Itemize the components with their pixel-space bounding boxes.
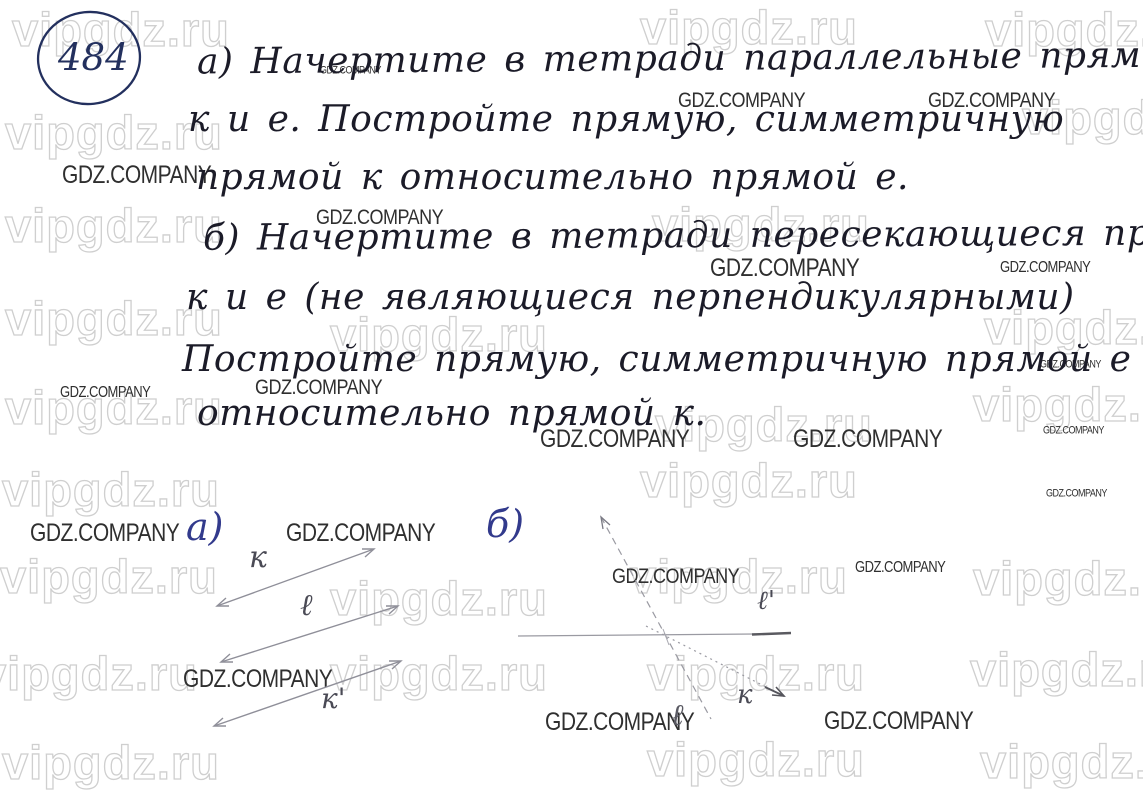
arrowhead-icon xyxy=(601,517,610,529)
figure-b-label-e-prime: ℓ' xyxy=(757,586,775,616)
figure-a-lines xyxy=(214,549,401,726)
figure-b-line-e-prime-dark-end xyxy=(752,633,791,635)
figure-a-label: а) xyxy=(186,505,223,549)
figure-a-label-k-prime: к' xyxy=(321,682,345,715)
task-line-4: б) Начертите в тетради пересекающиеся пр… xyxy=(203,212,1143,259)
task-line-1: а) Начертите в тетради параллельные прям… xyxy=(197,35,1143,83)
figure-b-label-e: ℓ xyxy=(671,698,684,733)
figure-a-line-k-prime xyxy=(214,661,401,726)
task-line-7: относительно прямой к. xyxy=(197,393,707,434)
scanned-homework-page: vipgdz.ruvipgdz.ruvipgdz.ruvipgdz.ruvipg… xyxy=(0,0,1143,798)
task-line-3: прямой к относительно прямой е. xyxy=(196,157,909,198)
figure-b-label-k: к xyxy=(737,680,753,710)
figure-a-line-k xyxy=(217,549,374,606)
figure-a-label-e: ℓ xyxy=(300,588,313,623)
figure-b-line-e xyxy=(601,517,711,719)
problem-number: 484 xyxy=(58,36,122,79)
figure-b-line-e-prime xyxy=(518,634,755,636)
task-line-6: Постройте прямую, симметричную прямой е xyxy=(182,339,1131,380)
task-line-5: к и е (не являющиеся перпендикулярными) xyxy=(186,277,1075,318)
task-line-2: к и е. Постройте прямую, симметричную xyxy=(188,99,1064,140)
figure-b-label: б) xyxy=(486,502,524,546)
figure-a-label-k: к xyxy=(249,540,267,575)
